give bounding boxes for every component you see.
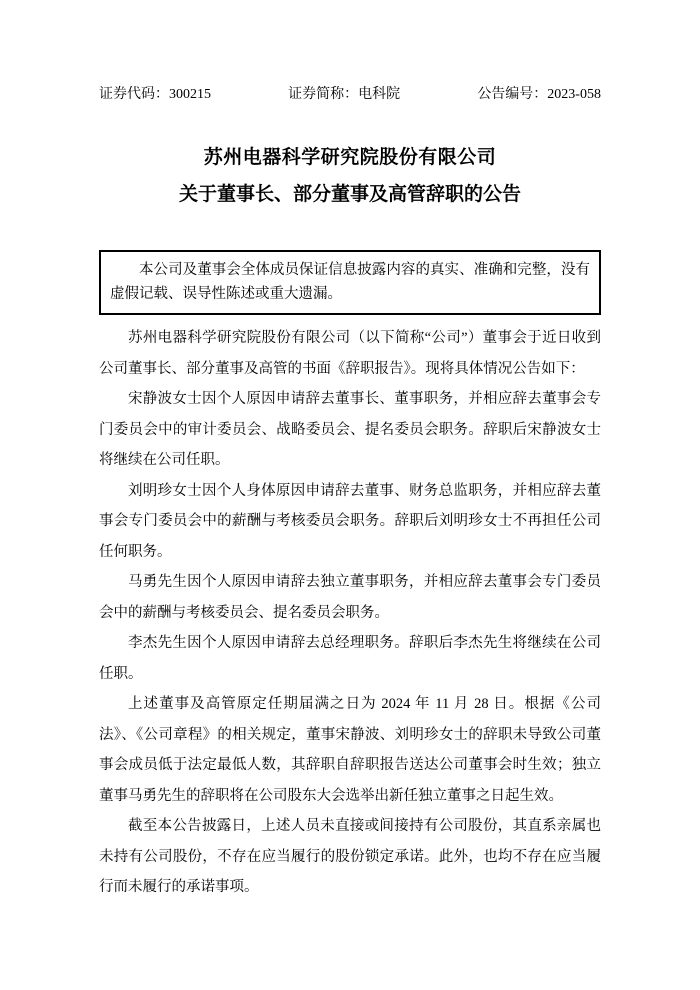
company-name-title: 苏州电器科学研究院股份有限公司: [99, 139, 601, 176]
page-content: 证券代码：300215 证券简称：电科院 公告编号：2023-058 苏州电器科…: [99, 0, 601, 903]
announcement-subject-title: 关于董事长、部分董事及高管辞职的公告: [99, 176, 601, 213]
stock-code: 证券代码：300215: [99, 87, 211, 103]
paragraph-intro: 苏州电器科学研究院股份有限公司（以下简称“公司”）董事会于近日收到公司董事长、部…: [99, 323, 601, 384]
announcement-page: 证券代码：300215 证券简称：电科院 公告编号：2023-058 苏州电器科…: [0, 0, 700, 990]
page-title: 苏州电器科学研究院股份有限公司 关于董事长、部分董事及高管辞职的公告: [99, 139, 601, 213]
paragraph-song-jingbo: 宋静波女士因个人原因申请辞去董事长、董事职务，并相应辞去董事会专门委员会中的审计…: [99, 384, 601, 476]
paragraph-term-effectiveness: 上述董事及高管原定任期届满之日为 2024 年 11 月 28 日。根据《公司法…: [99, 689, 601, 811]
paragraph-shareholding: 截至本公告披露日，上述人员未直接或间接持有公司股份，其直系亲属也未持有公司股份，…: [99, 811, 601, 903]
disclaimer-text: 本公司及董事会全体成员保证信息披露内容的真实、准确和完整，没有虚假记载、误导性陈…: [110, 258, 590, 306]
paragraph-ma-yong: 马勇先生因个人原因申请辞去独立董事职务，并相应辞去董事会专门委员会中的薪酬与考核…: [99, 567, 601, 628]
announcement-body: 苏州电器科学研究院股份有限公司（以下简称“公司”）董事会于近日收到公司董事长、部…: [99, 323, 601, 903]
paragraph-liu-mingzhen: 刘明珍女士因个人身体原因申请辞去董事、财务总监职务，并相应辞去董事会专门委员会中…: [99, 476, 601, 568]
document-header: 证券代码：300215 证券简称：电科院 公告编号：2023-058: [99, 0, 601, 103]
paragraph-li-jie: 李杰先生因个人原因申请辞去总经理职务。辞职后李杰先生将继续在公司任职。: [99, 628, 601, 689]
stock-abbreviation: 证券简称：电科院: [288, 87, 400, 103]
disclaimer-box: 本公司及董事会全体成员保证信息披露内容的真实、准确和完整，没有虚假记载、误导性陈…: [99, 250, 601, 315]
announcement-number: 公告编号：2023-058: [477, 87, 601, 103]
